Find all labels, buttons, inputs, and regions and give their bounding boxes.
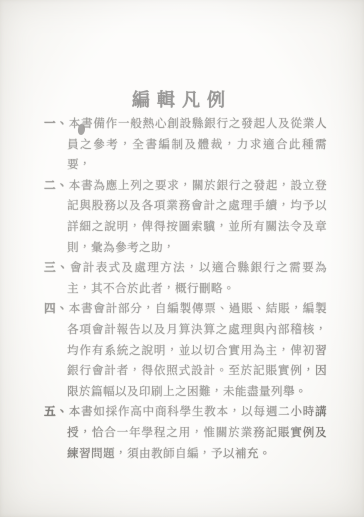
clause-5: 五、本書如採作高中商科學生教本，以每週二小時講授，恰合一年學程之用，惟關於業務記…	[44, 401, 327, 463]
clause-2: 二、本書為應上列之要求，關於銀行之發起，設立登記與股務以及各項業務會計之處理手續…	[44, 175, 327, 257]
clause-5-text: 本書如採作高中商科學生教本，以每週二小時講授，恰合一年學程之用，惟關於業務記賬實…	[67, 404, 327, 459]
clause-3-number: 三、	[44, 260, 70, 274]
clause-2-number: 二、	[44, 178, 69, 192]
clause-5-number: 五、	[44, 404, 69, 418]
scanned-document-page: 編輯凡例 一、本書備作一般熱心創設縣銀行之發起人及從業人員之參考，全書編制及體裁…	[0, 0, 364, 517]
clause-1-number: 一、	[44, 116, 69, 130]
clause-4: 四、本書會計部分，自編製傳票、過賬、結賬，編製各項會計報告以及月算決算之處理與內…	[44, 298, 327, 401]
clause-1: 一、本書備作一般熱心創設縣銀行之發起人及從業人員之參考，全書編制及體裁，力求適合…	[44, 113, 327, 175]
clause-4-text: 本書會計部分，自編製傳票、過賬、結賬，編製各項會計報告以及月算決算之處理與內部稽…	[67, 301, 327, 397]
document-body: 一、本書備作一般熱心創設縣銀行之發起人及從業人員之參考，全書編制及體裁，力求適合…	[44, 113, 327, 463]
clause-2-text: 本書為應上列之要求，關於銀行之發起，設立登記與股務以及各項業務會計之處理手續，均…	[67, 178, 327, 254]
clause-1-text: 本書備作一般熱心創設縣銀行之發起人及從業人員之參考，全書編制及體裁，力求適合此種…	[67, 116, 327, 171]
clause-4-number: 四、	[44, 301, 69, 315]
clause-3: 三、會計表式及處理方法，以適合縣銀行之需要為主，其不合於此者，概行刪略。	[44, 257, 327, 298]
page-title: 編輯凡例	[0, 86, 364, 112]
clause-3-text: 會計表式及處理方法，以適合縣銀行之需要為主，其不合於此者，概行刪略。	[67, 260, 327, 295]
